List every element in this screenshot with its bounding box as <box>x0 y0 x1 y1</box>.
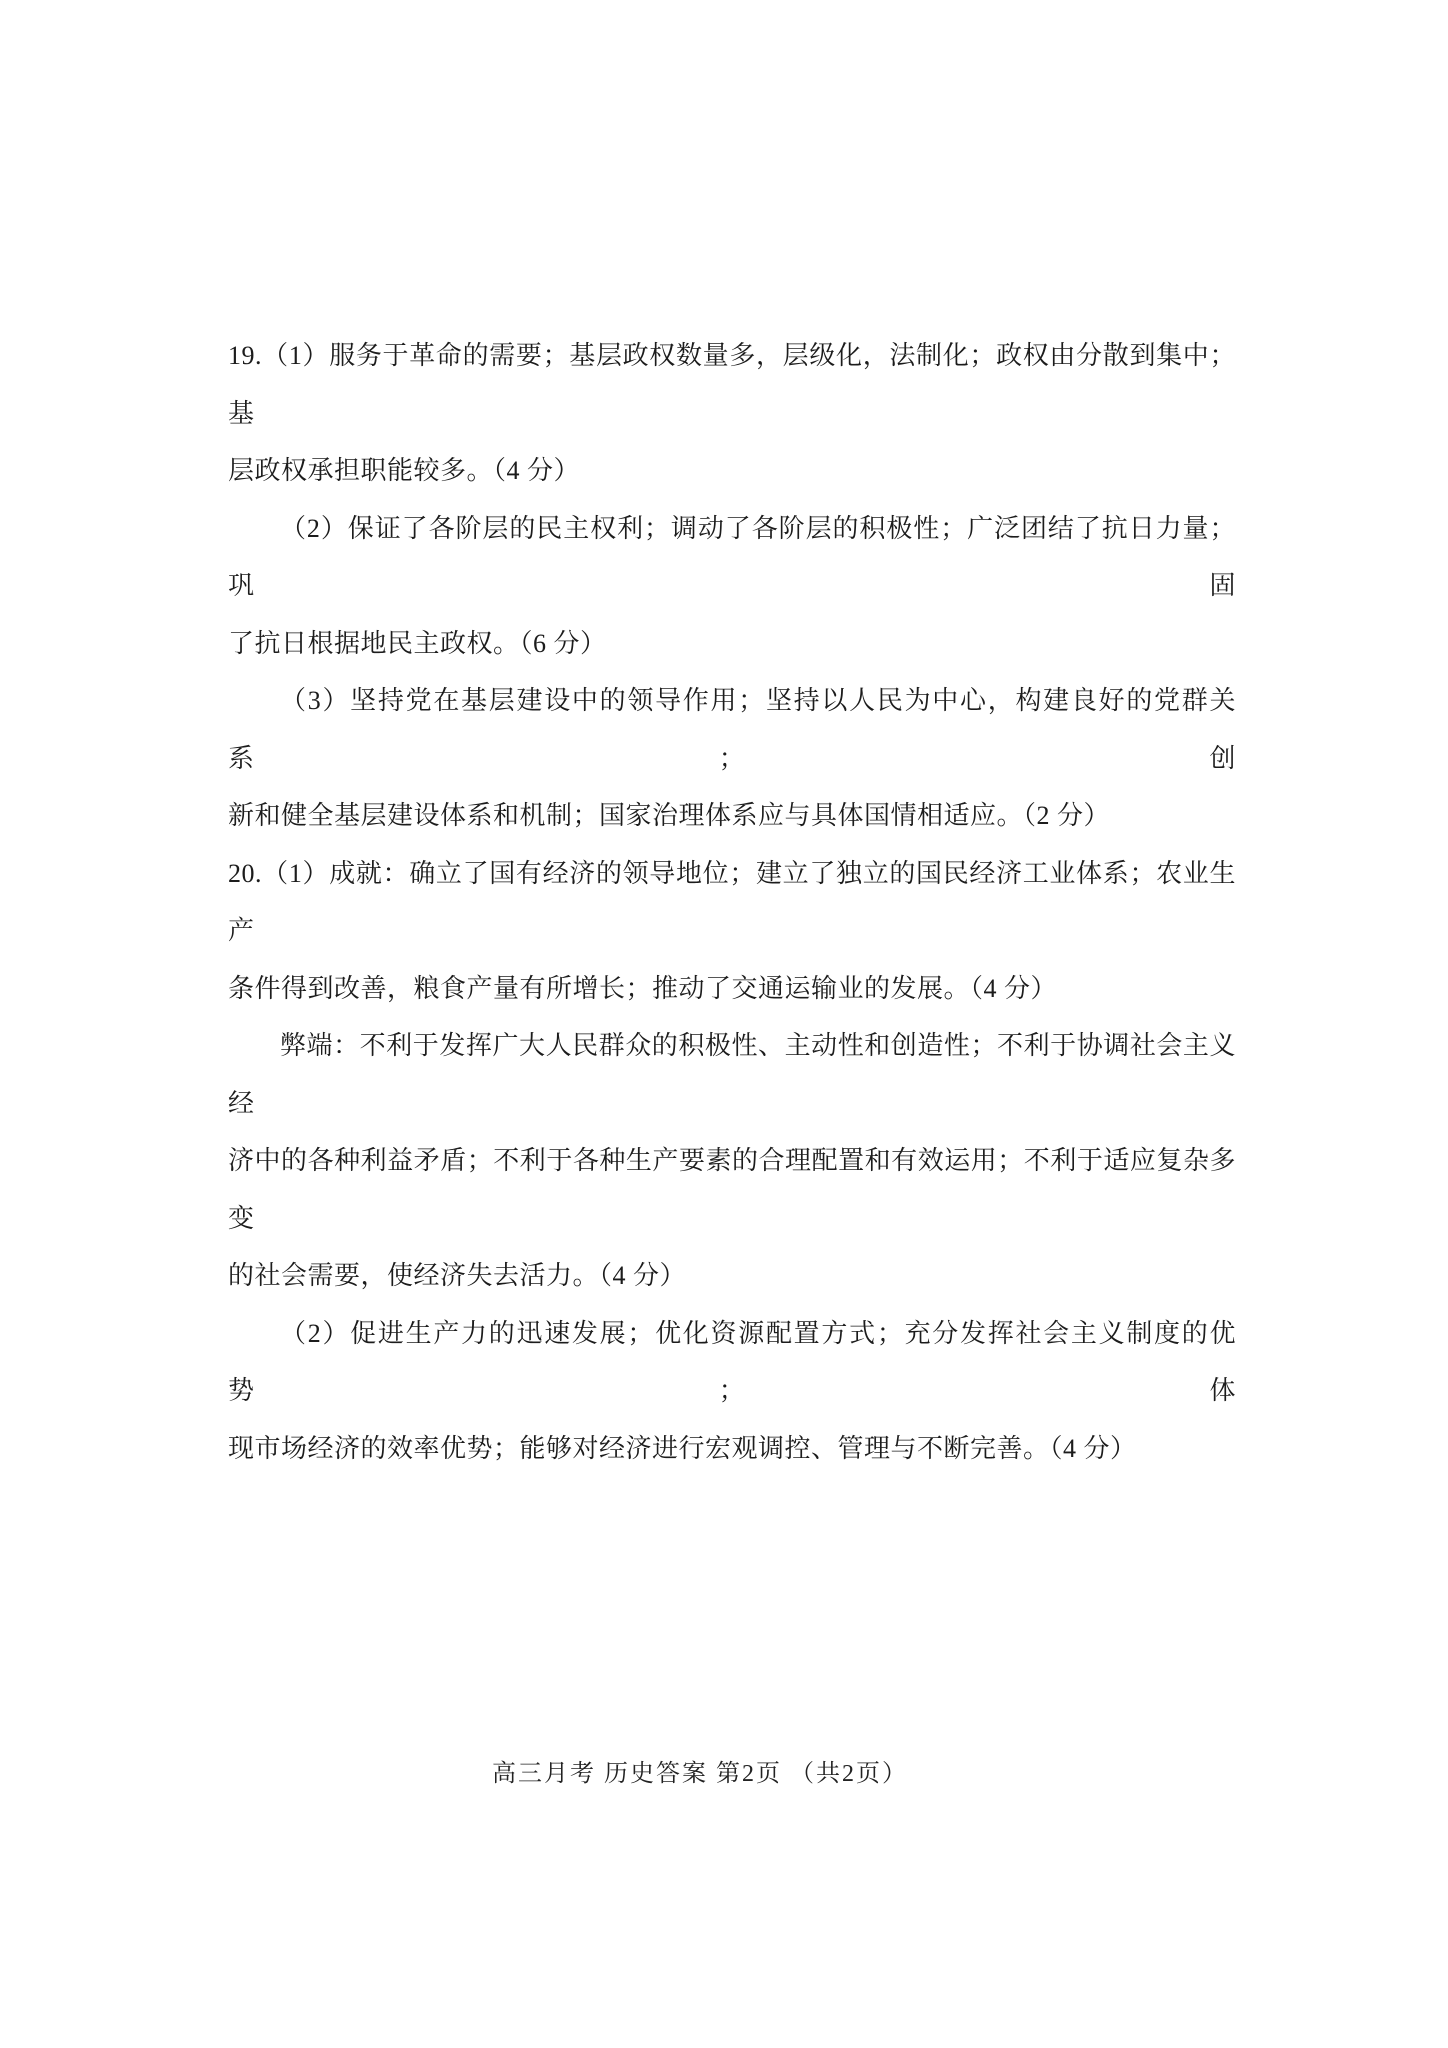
text-line: 现市场经济的效率优势；能够对经济进行宏观调控、管理与不断完善。（4 分） <box>228 1420 1236 1478</box>
answer-paragraph-answer-20-1-achievements: 20.（1）成就：确立了国有经济的领导地位；建立了独立的国民经济工业体系；农业生… <box>228 845 1236 1018</box>
answer-paragraph-answer-19-1: 19.（1）服务于革命的需要；基层政权数量多，层级化，法制化；政权由分散到集中；… <box>228 327 1236 500</box>
answer-paragraph-answer-19-2: （2）保证了各阶层的民主权利；调动了各阶层的积极性；广泛团结了抗日力量；巩固了抗… <box>228 500 1236 673</box>
text-line: （3）坚持党在基层建设中的领导作用；坚持以人民为中心，构建良好的党群关系；创 <box>228 672 1236 787</box>
text-line: 了抗日根据地民主政权。（6 分） <box>228 615 1236 673</box>
text-line: （2）保证了各阶层的民主权利；调动了各阶层的积极性；广泛团结了抗日力量；巩固 <box>228 500 1236 615</box>
answer-paragraph-answer-20-1-drawbacks: 弊端：不利于发挥广大人民群众的积极性、主动性和创造性；不利于协调社会主义经济中的… <box>228 1017 1236 1305</box>
text-line: （2）促进生产力的迅速发展；优化资源配置方式；充分发挥社会主义制度的优势；体 <box>228 1305 1236 1420</box>
text-line: 19.（1）服务于革命的需要；基层政权数量多，层级化，法制化；政权由分散到集中；… <box>228 327 1236 442</box>
text-line: 20.（1）成就：确立了国有经济的领导地位；建立了独立的国民经济工业体系；农业生… <box>228 845 1236 960</box>
answer-paragraph-answer-20-2: （2）促进生产力的迅速发展；优化资源配置方式；充分发挥社会主义制度的优势；体现市… <box>228 1305 1236 1478</box>
answer-paragraph-answer-19-3: （3）坚持党在基层建设中的领导作用；坚持以人民为中心，构建良好的党群关系；创新和… <box>228 672 1236 845</box>
answer-paragraphs: 19.（1）服务于革命的需要；基层政权数量多，层级化，法制化；政权由分散到集中；… <box>228 327 1236 1477</box>
page-footer: 高三月考 历史答案 第2页 （共2页） <box>0 1757 1424 1791</box>
text-line: 条件得到改善，粮食产量有所增长；推动了交通运输业的发展。（4 分） <box>228 960 1236 1018</box>
text-line: 弊端：不利于发挥广大人民群众的积极性、主动性和创造性；不利于协调社会主义经 <box>228 1017 1236 1132</box>
scanned-page: 19.（1）服务于革命的需要；基层政权数量多，层级化，法制化；政权由分散到集中；… <box>0 0 1448 2048</box>
text-line: 层政权承担职能较多。（4 分） <box>228 442 1236 500</box>
text-line: 新和健全基层建设体系和机制；国家治理体系应与具体国情相适应。（2 分） <box>228 787 1236 845</box>
text-line: 的社会需要，使经济失去活力。（4 分） <box>228 1247 1236 1305</box>
text-line: 济中的各种利益矛盾；不利于各种生产要素的合理配置和有效运用；不利于适应复杂多变 <box>228 1132 1236 1247</box>
